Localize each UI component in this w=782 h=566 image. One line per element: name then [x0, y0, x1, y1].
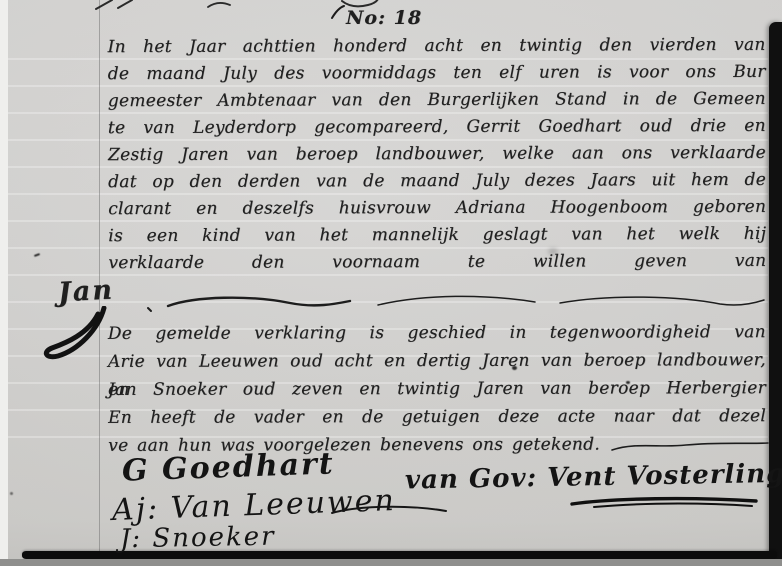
manuscript-line: Zestig Jaren van beroep landbouwer, welk… — [108, 140, 766, 169]
act-paragraph-main: In het Jaar achttien honderd acht en twi… — [108, 32, 767, 277]
scan-margin-bottom — [0, 559, 782, 566]
manuscript-line: En heeft de vader en de getuigen deze ac… — [108, 402, 766, 432]
manuscript-line: clarant en deszelfs huisvrouw Adriana Ho… — [108, 194, 766, 223]
signature-official-underline — [570, 496, 760, 510]
ink-speck — [626, 381, 630, 384]
document-scan: No: 18 In het Jaar achttien honderd acht… — [0, 0, 782, 566]
manuscript-line: De gemelde verklaring is geschied in teg… — [108, 318, 766, 348]
manuscript-line: In het Jaar achttien honderd acht en twi… — [108, 32, 766, 61]
line-filler-flourish — [140, 290, 770, 316]
child-given-name: Jan — [57, 275, 114, 309]
signature-official: van Gov: Vent Vosterlingh — [405, 459, 782, 496]
signature-witness-2: J: Snoeker — [120, 522, 276, 555]
manuscript-line: gemeester Ambtenaar van den Burgerlijken… — [108, 86, 766, 115]
scan-edge-left — [0, 0, 8, 566]
manuscript-line: is een kind van het mannelijk geslagt va… — [108, 221, 766, 250]
signature-witness-1-tail — [330, 503, 450, 517]
record-number: No: 18 — [346, 7, 422, 29]
manuscript-line: te van Leyderdorp gecompareerd, Gerrit G… — [108, 113, 766, 142]
record-number-tick-mark — [330, 4, 346, 22]
signature-father: G Goedhart — [121, 446, 335, 488]
ink-speck — [34, 253, 40, 257]
manuscript-line: dat op den derden van de maand July deze… — [108, 167, 766, 196]
manuscript-line: verklaarde den voornaam te willen geven … — [108, 248, 766, 277]
ink-smudge — [548, 248, 558, 255]
paragraph-swash — [40, 306, 112, 368]
manuscript-line: de maand July des voormiddags ten elf ur… — [108, 59, 766, 88]
ink-speck — [10, 492, 13, 495]
manuscript-line: Arie van Leeuwen oud acht en dertig Jare… — [108, 346, 766, 376]
closing-flourish — [608, 438, 773, 454]
manuscript-line: Jan Snoeker oud zeven en twintig Jaren v… — [108, 374, 766, 404]
ink-speck — [512, 366, 517, 370]
